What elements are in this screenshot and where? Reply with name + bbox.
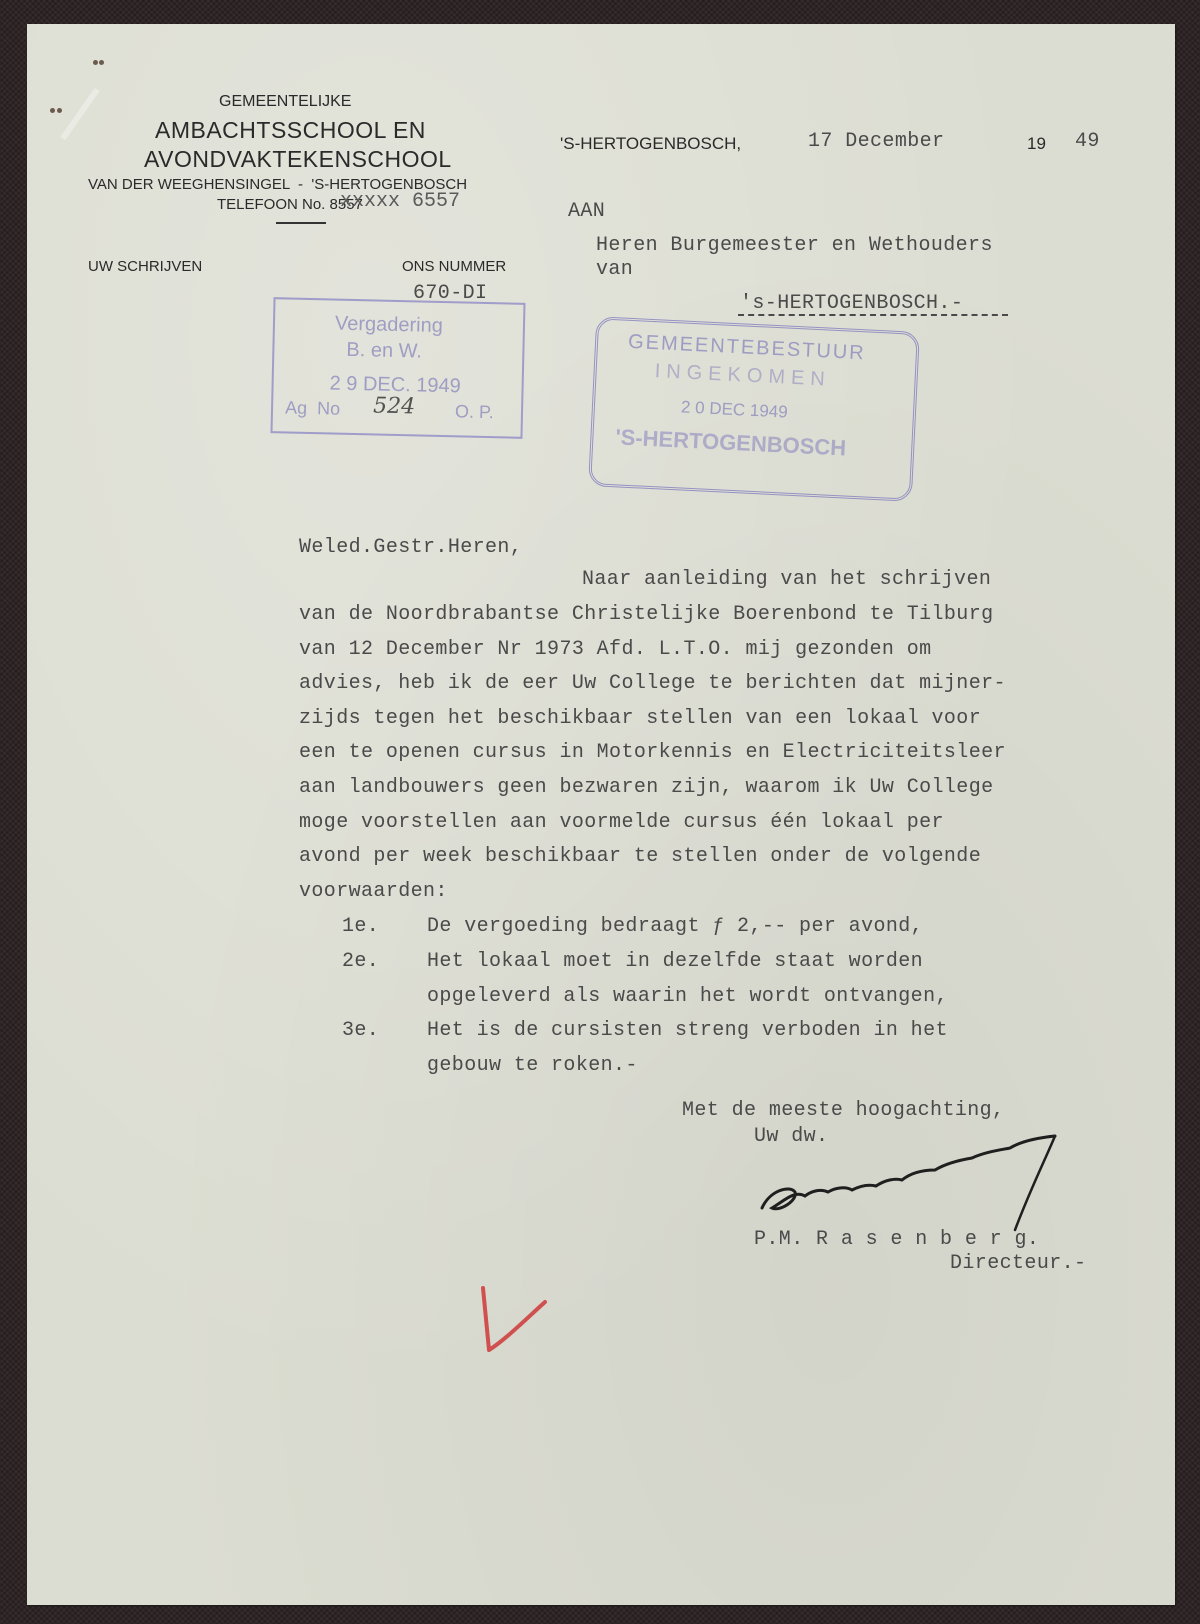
handwritten-signature — [750, 1130, 1070, 1240]
addressee-underline — [738, 314, 1008, 317]
year-printed: 19 — [1027, 134, 1046, 154]
staple-hole — [50, 108, 55, 113]
stamp-received-line2: INGEKOMEN — [654, 360, 831, 392]
stamp-meeting-line1: Vergadering — [335, 313, 443, 338]
received-stamp: GEMEENTEBESTUUR INGEKOMEN 2 0 DEC 1949 '… — [588, 316, 920, 502]
condition-text: Het lokaal moet in dezelfde staat worden — [427, 950, 923, 973]
stamp-received-date: 2 0 DEC 1949 — [681, 397, 789, 422]
condition-text: gebouw te roken.- — [427, 1054, 638, 1077]
paragraph-line: Naar aanleiding van het schrijven — [582, 568, 991, 591]
staple-hole — [93, 60, 98, 65]
paragraph-line: moge voorstellen aan voormelde cursus éé… — [299, 811, 944, 834]
condition-text: De vergoeding bedraagt ƒ 2,-- per avond, — [427, 915, 923, 938]
staple-hole — [57, 108, 62, 113]
paragraph-line: aan landbouwers geen bezwaren zijn, waar… — [299, 776, 994, 799]
uw-schrijven-label: UW SCHRIJVEN — [88, 258, 202, 275]
signatory-name: P.M. R a s e n b e r g. — [754, 1228, 1039, 1251]
condition-text: Het is de cursisten streng verboden in h… — [427, 1019, 948, 1042]
addressee-line1: Heren Burgemeester en Wethouders — [596, 234, 993, 257]
stamp-meeting-op: O. P. — [455, 401, 494, 423]
staple-hole — [99, 60, 104, 65]
paragraph-line: avond per week beschikbaar te stellen on… — [299, 845, 981, 868]
salutation: Weled.Gestr.Heren, — [299, 536, 522, 559]
stamp-received-city: 'S-HERTOGENBOSCH — [615, 424, 847, 461]
red-check-mark-icon — [475, 1280, 555, 1360]
paragraph-line: voorwaarden: — [299, 880, 448, 903]
paragraph-line: een te openen cursus in Motorkennis en E… — [299, 741, 1006, 764]
meeting-stamp: Vergadering B. en W. 2 9 DEC. 1949 Ag No… — [270, 297, 525, 439]
year-typed: 49 — [1075, 130, 1100, 153]
letterhead-school-name-2: AVONDVAKTEKENSCHOOL — [144, 146, 452, 173]
stamp-meeting-line2: B. en W. — [346, 339, 422, 364]
condition-number: 1e. — [342, 915, 379, 938]
paragraph-line: van de Noordbrabantse Christelijke Boere… — [299, 603, 994, 626]
condition-text: opgeleverd als waarin het wordt ontvange… — [427, 985, 948, 1008]
closing-line1: Met de meeste hoogachting, — [682, 1099, 1004, 1122]
letterhead-school-name-1: AMBACHTSSCHOOL EN — [155, 117, 426, 144]
aan-label: AAN — [568, 200, 605, 223]
typed-phone-correction: xxxxx 6557 — [340, 190, 460, 213]
paragraph-line: zijds tegen het beschikbaar stellen van … — [299, 707, 981, 730]
paragraph-line: van 12 December Nr 1973 Afd. L.T.O. mij … — [299, 638, 932, 661]
date-typed: 17 December — [808, 130, 944, 153]
letterhead-municipal: GEMEENTELIJKE — [219, 93, 351, 111]
addressee-city: 's-HERTOGENBOSCH.- — [740, 292, 963, 315]
place-printed: 'S-HERTOGENBOSCH, — [560, 134, 741, 154]
letterhead-divider — [276, 222, 326, 224]
ons-nummer-label: ONS NUMMER — [402, 258, 506, 275]
condition-number: 2e. — [342, 950, 379, 973]
signatory-title: Directeur.- — [950, 1252, 1086, 1275]
paragraph-line: advies, heb ik de eer Uw College te beri… — [299, 672, 1006, 695]
condition-number: 3e. — [342, 1019, 379, 1042]
stamp-meeting-ag-number: 524 — [373, 393, 416, 419]
paper-crease — [60, 88, 99, 141]
stamp-meeting-ag-label: Ag No — [285, 397, 340, 419]
addressee-line2: van — [596, 258, 633, 281]
